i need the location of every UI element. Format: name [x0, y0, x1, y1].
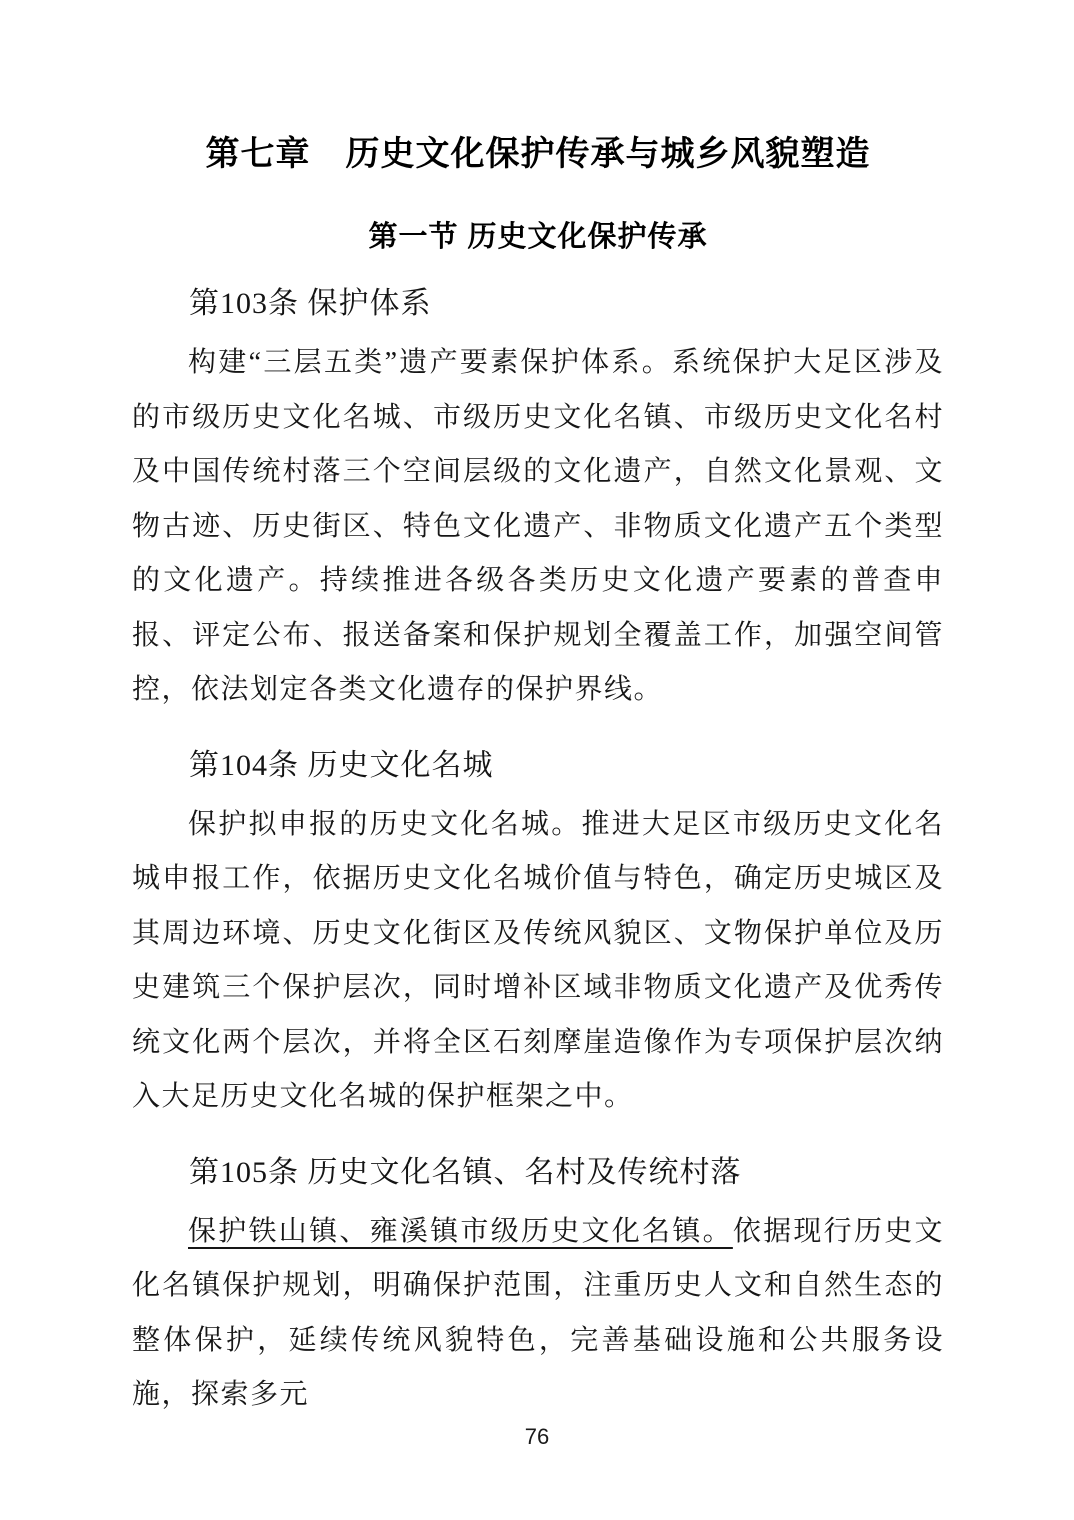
section-title: 第一节 历史文化保护传承	[132, 218, 944, 256]
article-103-heading: 第103条 保护体系	[132, 282, 944, 326]
page-number: 76	[0, 1424, 1074, 1450]
underlined-sentence: 保护铁山镇、雍溪镇市级历史文化名镇。	[188, 1216, 733, 1247]
page-content: 第七章 历史文化保护传承与城乡风貌塑造 第一节 历史文化保护传承 第103条 保…	[132, 130, 944, 1423]
article-105-paragraph: 保护铁山镇、雍溪镇市级历史文化名镇。依据现行历史文化名镇保护规划，明确保护范围，…	[132, 1205, 944, 1423]
document-page: 第七章 历史文化保护传承与城乡风貌塑造 第一节 历史文化保护传承 第103条 保…	[0, 0, 1074, 1520]
chapter-title: 第七章 历史文化保护传承与城乡风貌塑造	[132, 130, 944, 180]
article-103-paragraph: 构建“三层五类”遗产要素保护体系。系统保护大足区涉及的市级历史文化名城、市级历史…	[132, 336, 944, 718]
article-104-paragraph: 保护拟申报的历史文化名城。推进大足区市级历史文化名城申报工作，依据历史文化名城价…	[132, 798, 944, 1125]
article-105-heading: 第105条 历史文化名镇、名村及传统村落	[132, 1151, 944, 1195]
article-104-heading: 第104条 历史文化名城	[132, 744, 944, 788]
